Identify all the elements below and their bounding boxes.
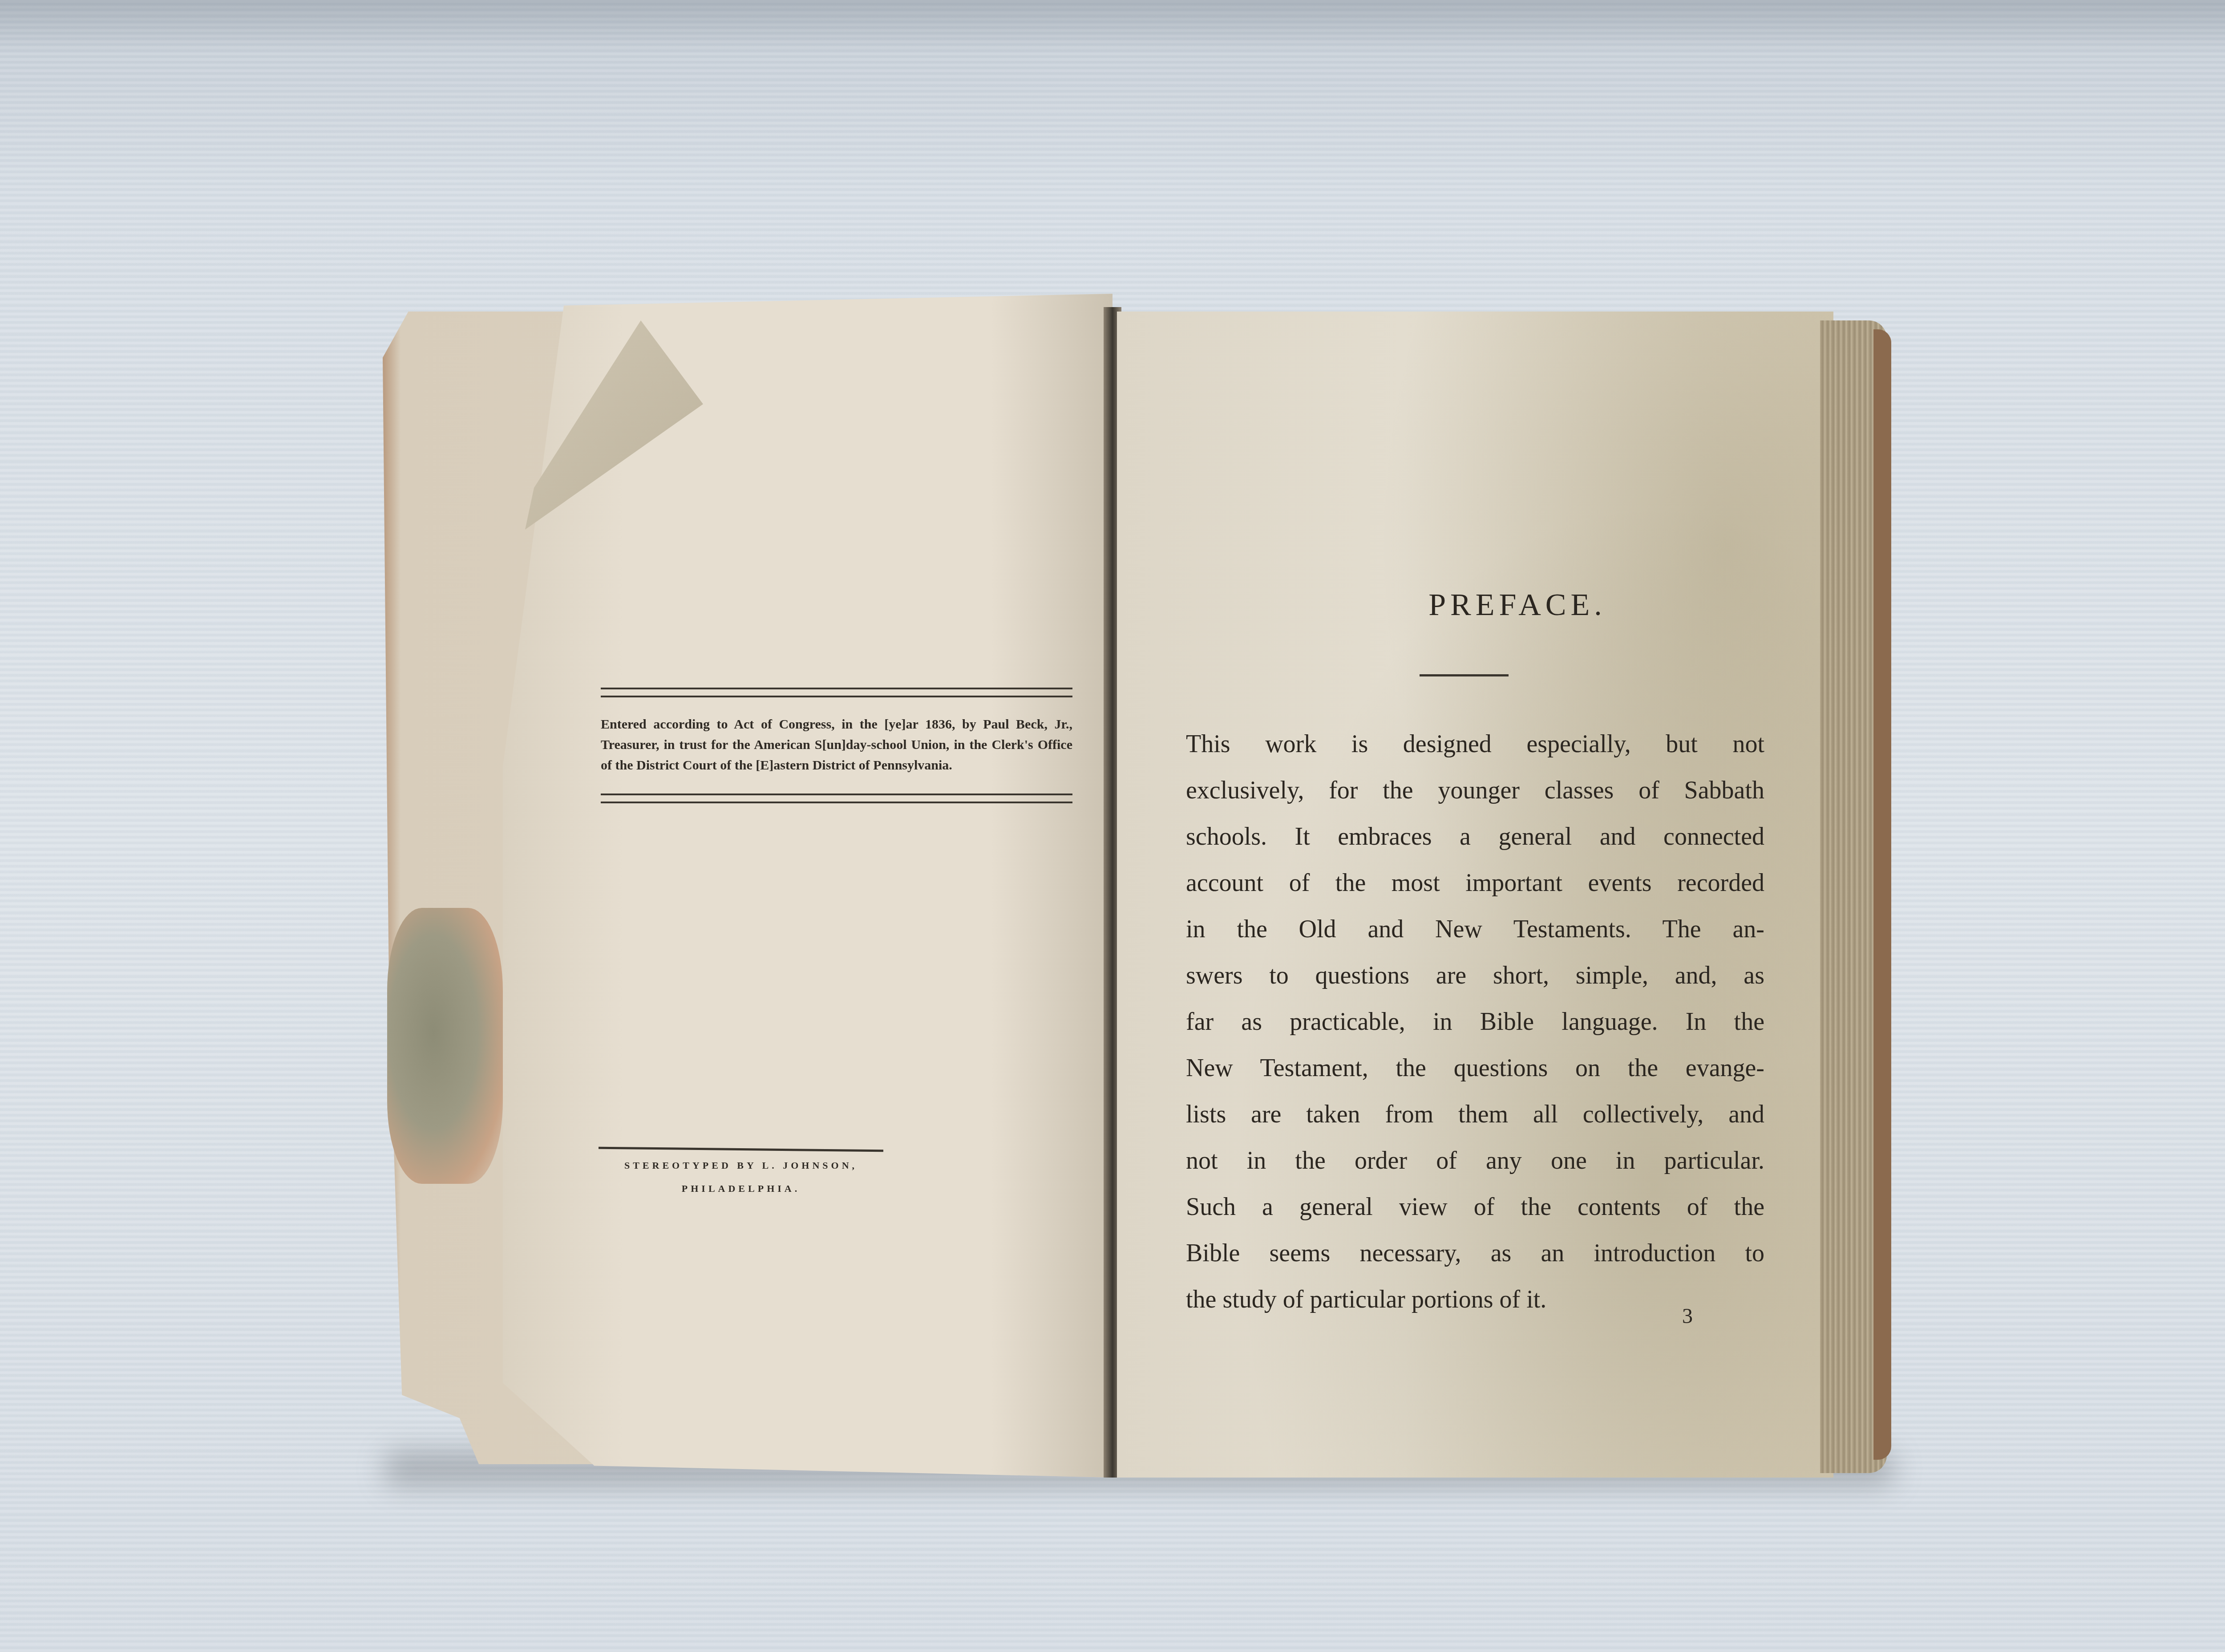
page-number: 3 <box>1682 1304 1693 1328</box>
preface-line: lists are taken from them all collective… <box>1186 1091 1764 1138</box>
preface-title: PREFACE. <box>1290 587 1744 623</box>
preface-line: New Testament, the questions on the evan… <box>1186 1045 1764 1091</box>
copyright-notice: Entered according to Act of Congress, in… <box>601 688 1072 803</box>
preface-line: Such a general view of the contents of t… <box>1186 1184 1764 1230</box>
preface-line: exclusively, for the younger classes of … <box>1186 767 1764 814</box>
preface-line: Bible seems necessary, as an introductio… <box>1186 1230 1764 1276</box>
preface-line: not in the order of any one in particula… <box>1186 1138 1764 1184</box>
imprint-line-1: STEREOTYPED BY L. JOHNSON, <box>599 1158 883 1174</box>
double-rule-bottom <box>601 794 1072 803</box>
preface-line: in the Old and New Testaments. The an- <box>1186 906 1764 952</box>
open-book: Entered according to Act of Congress, in… <box>0 0 2225 1652</box>
preface-line: This work is designed especially, but no… <box>1186 721 1764 767</box>
imprint-line-2: PHILADELPHIA. <box>599 1181 883 1197</box>
copyright-line: Entered according to Act of Congress, in… <box>601 717 1009 732</box>
preface-line: schools. It embraces a general and conne… <box>1186 814 1764 860</box>
preface-body: This work is designed especially, but no… <box>1186 721 1764 1323</box>
double-rule-top <box>601 688 1072 697</box>
cover-damage <box>387 908 503 1184</box>
preface-line: the study of particular portions of it. <box>1186 1276 1764 1323</box>
preface-line: far as practicable, in Bible language. I… <box>1186 999 1764 1045</box>
printer-imprint: STEREOTYPED BY L. JOHNSON, PHILADELPHIA. <box>599 1148 883 1197</box>
copyright-text: Entered according to Act of Congress, in… <box>601 714 1072 776</box>
preface-line: account of the most important events rec… <box>1186 860 1764 906</box>
right-cover-edge <box>1873 329 1891 1460</box>
title-rule <box>1420 674 1509 676</box>
preface-line: swers to questions are short, simple, an… <box>1186 952 1764 999</box>
copyright-line: Pennsylvania. <box>873 758 952 773</box>
